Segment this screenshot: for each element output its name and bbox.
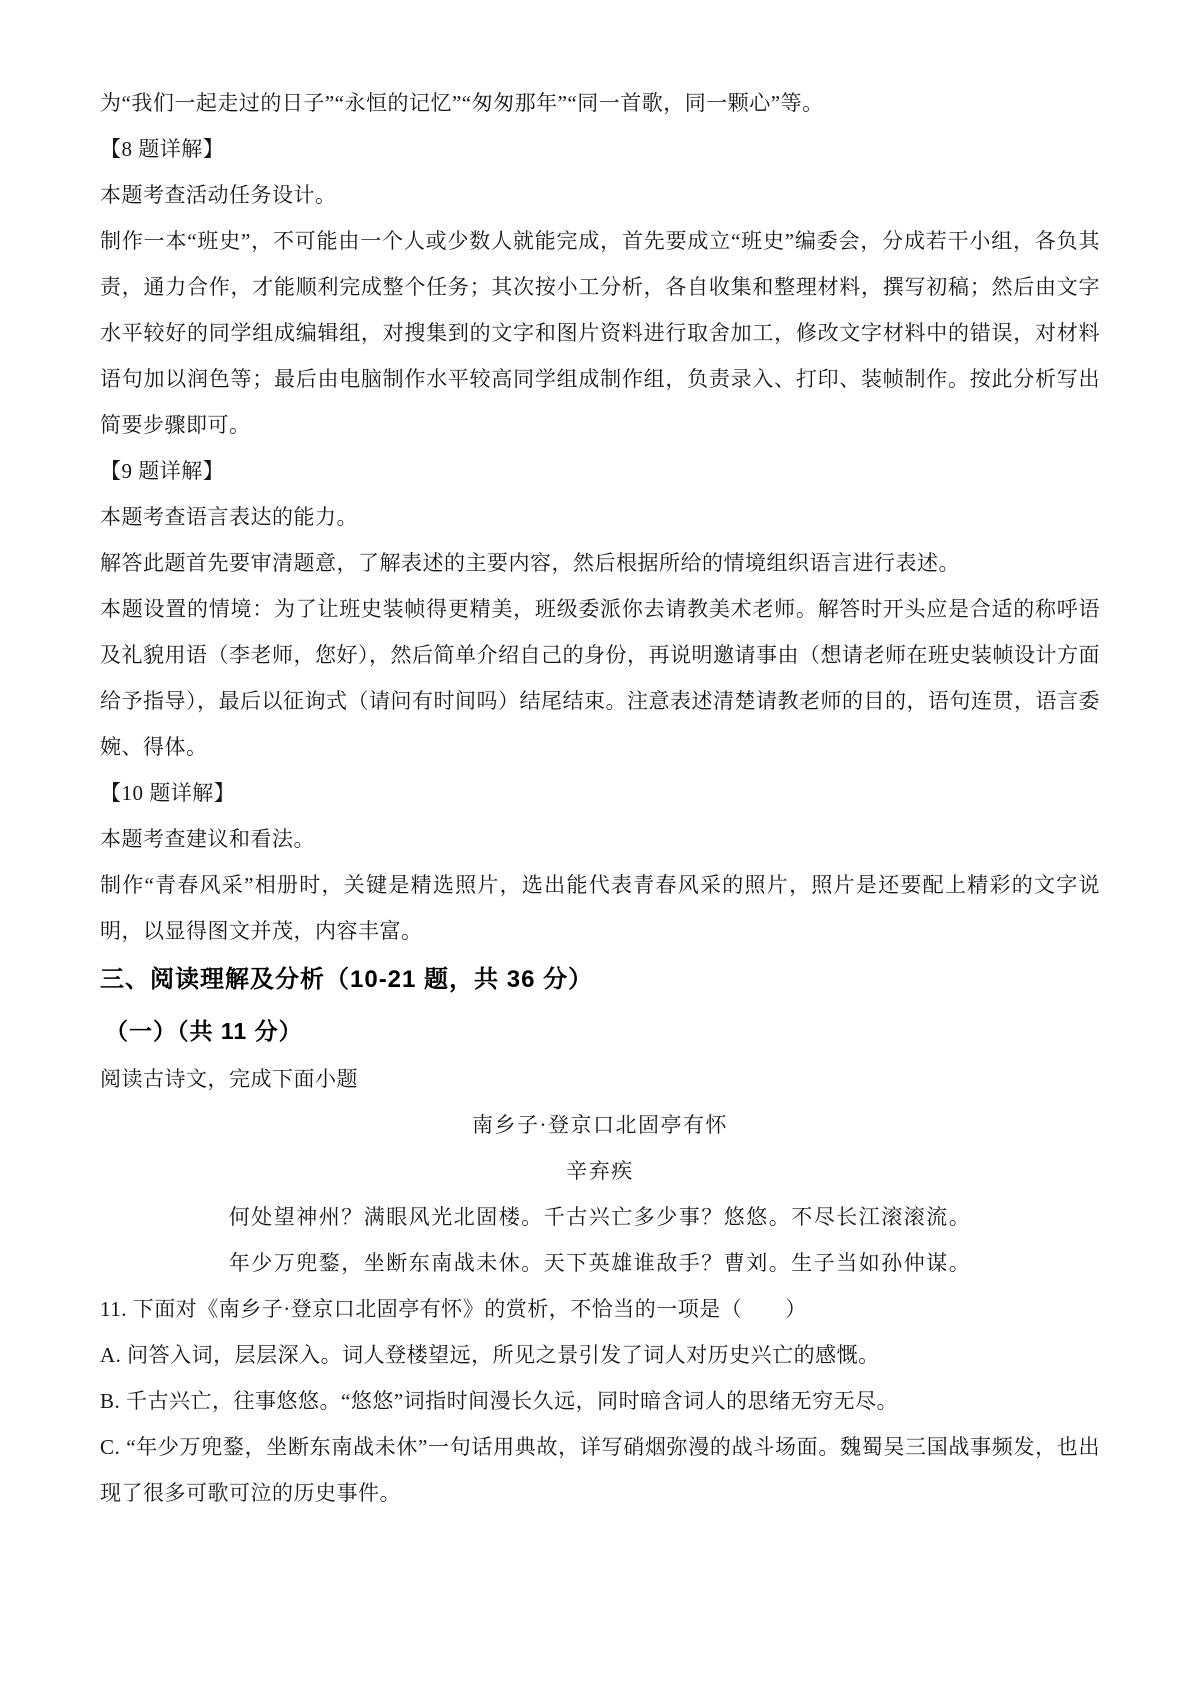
question-11-option-c: C. “年少万兜鍪，坐断东南战未休”一句话用典故，详写硝烟弥漫的战斗场面。魏蜀吴… bbox=[100, 1424, 1100, 1516]
detail-8-paragraph: 本题考查活动任务设计。 bbox=[100, 172, 1100, 218]
exam-answer-page: 为“我们一起走过的日子”“永恒的记忆”“匆匆那年”“同一首歌，同一颗心”等。 【… bbox=[0, 0, 1200, 1698]
poem-line: 何处望神州？满眼风光北固楼。千古兴亡多少事？悠悠。不尽长江滚滚流。 bbox=[100, 1194, 1100, 1240]
intro-tail-line: 为“我们一起走过的日子”“永恒的记忆”“匆匆那年”“同一首歌，同一颗心”等。 bbox=[100, 80, 1100, 126]
detail-label-10: 【10 题详解】 bbox=[100, 770, 1100, 816]
question-11-option-a: A. 问答入词，层层深入。词人登楼望远，所见之景引发了词人对历史兴亡的感慨。 bbox=[100, 1332, 1100, 1378]
detail-label-9: 【9 题详解】 bbox=[100, 448, 1100, 494]
question-11-stem: 11. 下面对《南乡子·登京口北固亭有怀》的赏析，不恰当的一项是（ ） bbox=[100, 1286, 1100, 1332]
detail-label-8: 【8 题详解】 bbox=[100, 126, 1100, 172]
detail-9-paragraph: 本题考查语言表达的能力。 bbox=[100, 494, 1100, 540]
detail-9-paragraph: 本题设置的情境：为了让班史装帧得更精美，班级委派你去请教美术老师。解答时开头应是… bbox=[100, 586, 1100, 770]
section-heading: 三、阅读理解及分析（10-21 题，共 36 分） bbox=[100, 954, 1100, 1006]
subsection-heading: （一）（共 11 分） bbox=[100, 1006, 1100, 1056]
detail-8-paragraph: 制作一本“班史”，不可能由一个人或少数人就能完成，首先要成立“班史”编委会，分成… bbox=[100, 218, 1100, 448]
detail-10-paragraph: 本题考查建议和看法。 bbox=[100, 816, 1100, 862]
detail-9-paragraph: 解答此题首先要审清题意，了解表述的主要内容，然后根据所给的情境组织语言进行表述。 bbox=[100, 540, 1100, 586]
poem-title: 南乡子·登京口北固亭有怀 bbox=[100, 1102, 1100, 1148]
question-11-option-b: B. 千古兴亡，往事悠悠。“悠悠”词指时间漫长久远，同时暗含词人的思绪无穷无尽。 bbox=[100, 1378, 1100, 1424]
poem-line: 年少万兜鍪，坐断东南战未休。天下英雄谁敌手？曹刘。生子当如孙仲谋。 bbox=[100, 1240, 1100, 1286]
poem-author: 辛弃疾 bbox=[100, 1148, 1100, 1194]
detail-10-paragraph: 制作“青春风采”相册时，关键是精选照片，选出能代表青春风采的照片，照片是还要配上… bbox=[100, 862, 1100, 954]
reading-instruction: 阅读古诗文，完成下面小题 bbox=[100, 1056, 1100, 1102]
